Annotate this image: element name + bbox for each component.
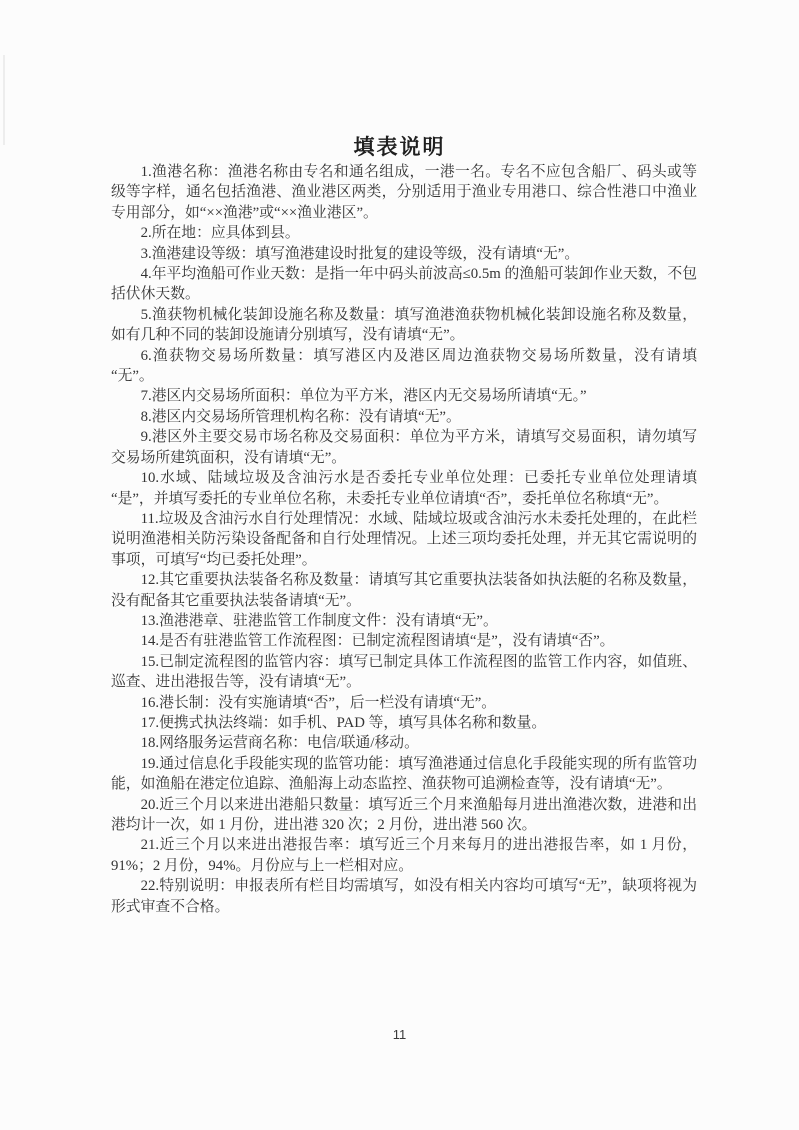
instruction-item: 16.港长制：没有实施请填“否”，后一栏没有请填“无”。 — [111, 693, 697, 713]
instruction-item: 15.已制定流程图的监管内容：填写已制定具体工作流程图的监管工作内容，如值班、巡… — [111, 652, 697, 693]
instruction-item: 14.是否有驻港监管工作流程图：已制定流程图请填“是”，没有请填“否”。 — [111, 631, 697, 651]
instructions-list: 1.渔港名称：渔港名称由专名和通名组成，一港一名。专名不应包含船厂、码头或等级等… — [111, 162, 697, 917]
instruction-item: 1.渔港名称：渔港名称由专名和通名组成，一港一名。专名不应包含船厂、码头或等级等… — [111, 162, 697, 223]
instruction-item: 17.便携式执法终端：如手机、PAD 等，填写具体名称和数量。 — [111, 713, 697, 733]
document-page: 填表说明 1.渔港名称：渔港名称由专名和通名组成，一港一名。专名不应包含船厂、码… — [0, 0, 799, 1130]
instruction-item: 21.近三个月以来进出港报告率：填写近三个月来每月的进出港报告率，如 1 月份，… — [111, 835, 697, 876]
instruction-item: 4.年平均渔船可作业天数：是指一年中码头前波高≤0.5m 的渔船可装卸作业天数，… — [111, 264, 697, 305]
instruction-item: 5.渔获物机械化装卸设施名称及数量：填写渔港渔获物机械化装卸设施名称及数量，如有… — [111, 305, 697, 346]
instruction-item: 8.港区内交易场所管理机构名称：没有请填“无”。 — [111, 407, 697, 427]
instruction-item: 13.渔港港章、驻港监管工作制度文件：没有请填“无”。 — [111, 611, 697, 631]
instruction-item: 3.渔港建设等级：填写渔港建设时批复的建设等级，没有请填“无”。 — [111, 244, 697, 264]
instruction-item: 19.通过信息化手段能实现的监管功能：填写渔港通过信息化手段能实现的所有监管功能… — [111, 754, 697, 795]
instruction-item: 6.渔获物交易场所数量：填写港区内及港区周边渔获物交易场所数量，没有请填“无”。 — [111, 346, 697, 387]
instruction-item: 11.垃圾及含油污水自行处理情况：水域、陆域垃圾或含油污水未委托处理的，在此栏说… — [111, 509, 697, 570]
instruction-item: 2.所在地：应具体到县。 — [111, 223, 697, 243]
instruction-item: 7.港区内交易场所面积：单位为平方米，港区内无交易场所请填“无。” — [111, 386, 697, 406]
instruction-item: 12.其它重要执法装备名称及数量：请填写其它重要执法装备如执法艇的名称及数量，没… — [111, 570, 697, 611]
instruction-item: 10.水域、陆域垃圾及含油污水是否委托专业单位处理：已委托专业单位处理请填“是”… — [111, 468, 697, 509]
instruction-item: 18.网络服务运营商名称：电信/联通/移动。 — [111, 733, 697, 753]
page-title: 填表说明 — [0, 131, 799, 161]
page-number: 11 — [0, 1027, 799, 1042]
instruction-item: 9.港区外主要交易市场名称及交易面积：单位为平方米，请填写交易面积，请勿填写交易… — [111, 427, 697, 468]
instruction-item: 20.近三个月以来进出港船只数量：填写近三个月来渔船每月进出渔港次数，进港和出港… — [111, 795, 697, 836]
instruction-item: 22.特别说明：申报表所有栏目均需填写，如没有相关内容均可填写“无”，缺项将视为… — [111, 876, 697, 917]
